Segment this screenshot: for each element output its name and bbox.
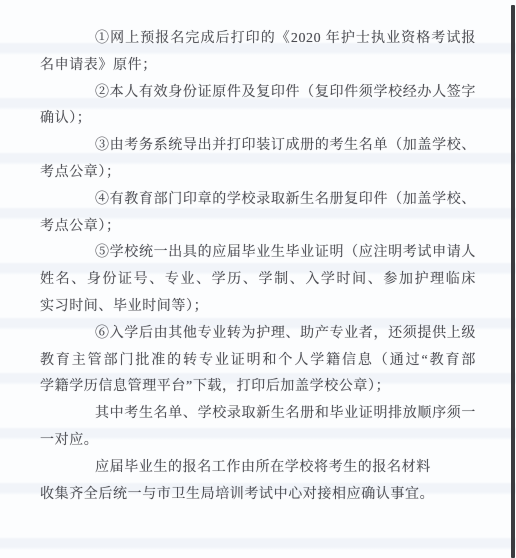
text-line-12: ⑥入学后由其他专业转为护理、助产专业者，还须提供上级 [40, 321, 476, 348]
text-line-10: 姓名、身份证号、专业、学历、学制、入学时间、参加护理临床 [40, 267, 476, 294]
text-line-5: ③由考务系统导出并打印装订成册的考生名单（加盖学校、 [40, 133, 476, 160]
text-line-18: 收集齐全后统一与市卫生局培训考试中心对接相应确认事宜。 [40, 482, 476, 509]
text-line-13: 教育主管部门批准的转专业证明和个人学籍信息（通过“教育部 [40, 348, 476, 375]
text-line-11: 实习时间、毕业时间等）； [40, 294, 476, 321]
document-text: ①网上预报名完成后打印的《2020 年护士执业资格考试报名申请表》原件；②本人有… [40, 26, 476, 508]
text-line-16: 一对应。 [40, 428, 476, 455]
text-line-3: ②本人有效身份证原件及复印件（复印件须学校经办人签字 [40, 80, 476, 107]
text-line-1: ①网上预报名完成后打印的《2020 年护士执业资格考试报 [40, 26, 476, 53]
text-line-17: 应届毕业生的报名工作由所在学校将考生的报名材料 [40, 455, 476, 482]
scanned-document-page: ①网上预报名完成后打印的《2020 年护士执业资格考试报名申请表》原件；②本人有… [0, 0, 516, 558]
text-line-6: 考点公章）； [40, 160, 476, 187]
text-line-2: 名申请表》原件； [40, 53, 476, 80]
text-line-7: ④有教育部门印章的学校录取新生名册复印件（加盖学校、 [40, 187, 476, 214]
right-edge-scan-line [511, 5, 515, 558]
text-line-4: 确认）； [40, 106, 476, 133]
text-line-14: 学籍学历信息管理平台”下载，打印后加盖学校公章）； [40, 374, 476, 401]
text-line-9: ⑤学校统一出具的应届毕业生毕业证明（应注明考试申请人 [40, 240, 476, 267]
text-line-8: 考点公章）； [40, 214, 476, 241]
text-line-15: 其中考生名单、学校录取新生名册和毕业证明排放顺序须一 [40, 401, 476, 428]
